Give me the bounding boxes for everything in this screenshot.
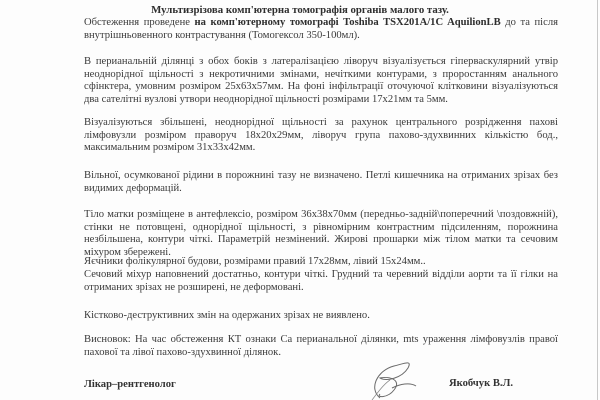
paragraph-text: Тіло матки розміщене в антефлексіо, розм… <box>84 209 558 259</box>
paragraph-pelvic-fluid: Вільної, осумкованої рідини в порожнині … <box>84 170 558 195</box>
document-title: Мультизрізова комп'ютерна томографія орг… <box>0 4 600 17</box>
paragraph-text: Сечовий міхур наповнений достатньо, конт… <box>84 269 558 294</box>
paragraph-text: В перианальній ділянці з обох боків з ла… <box>84 56 558 106</box>
signature-name: Якобчук В.Л. <box>449 378 513 391</box>
paragraph-conclusion: Висновок: На час обстеження КТ ознаки Са… <box>84 334 558 359</box>
document-page: Мультизрізова комп'ютерна томографія орг… <box>0 0 600 400</box>
paragraph-lymph-nodes: Візуалізуються збільшені, неоднорідної щ… <box>84 117 558 155</box>
intro-equipment: на комп'ютерному томографі Toshiba TSX20… <box>195 17 501 28</box>
paragraph-bone: Кістково-деструктивних змін на одержаних… <box>84 310 558 323</box>
paragraph-text: Візуалізуються збільшені, неоднорідної щ… <box>84 117 558 155</box>
intro-paragraph: Обстеження проведене на комп'ютерному то… <box>84 17 558 42</box>
paragraph-ovaries: Яєчники фолікулярної будови, розмірами п… <box>84 256 558 269</box>
paragraph-text: Кістково-деструктивних змін на одержаних… <box>84 310 558 323</box>
paragraph-uterus: Тіло матки розміщене в антефлексіо, розм… <box>84 209 558 259</box>
paragraph-perianal-finding: В перианальній ділянці з обох боків з ла… <box>84 56 558 106</box>
paragraph-bladder-aorta: Сечовий міхур наповнений достатньо, конт… <box>84 269 558 294</box>
signature-role: Лікар–рентгенолог <box>84 379 176 392</box>
paragraph-text: Вільної, осумкованої рідини в порожнині … <box>84 170 558 195</box>
intro-prefix: Обстеження проведене <box>84 17 195 28</box>
paragraph-text: Висновок: На час обстеження КТ ознаки Са… <box>84 334 558 359</box>
page-edge-line <box>597 0 598 400</box>
paragraph-text: Яєчники фолікулярної будови, розмірами п… <box>84 256 558 269</box>
handwritten-signature <box>350 358 430 400</box>
